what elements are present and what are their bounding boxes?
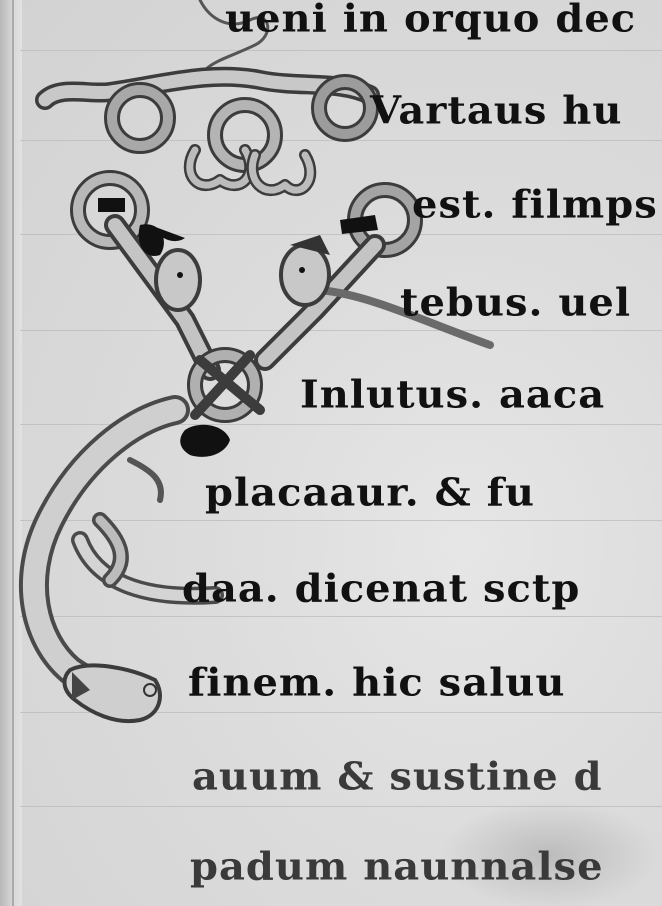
interlace-loop <box>195 355 255 415</box>
interlace-band <box>45 77 370 100</box>
interlace-loop <box>215 105 275 165</box>
dragon-leg <box>100 520 121 580</box>
text-line: est. filmps <box>412 182 658 227</box>
ink-blot <box>98 198 125 212</box>
text-line: padum naunnalse <box>190 844 604 889</box>
manuscript-page: ueni in orquo dec Vartaus hu est. filmps… <box>0 0 662 906</box>
dragon-body <box>34 410 175 694</box>
text-line: finem. hic saluu <box>188 660 565 705</box>
text-line: ueni in orquo dec <box>225 0 636 41</box>
ruling-line <box>20 712 662 713</box>
ruling-line <box>20 50 662 51</box>
ruling-line <box>20 234 662 235</box>
interlace-loop <box>78 178 142 242</box>
text-line: Inlutus. aaca <box>300 372 605 417</box>
ruling-line <box>20 424 662 425</box>
gutter-edge <box>12 0 14 906</box>
binding-gutter <box>0 0 22 906</box>
trefoil-knot <box>190 150 250 185</box>
interlace-loop <box>112 90 168 146</box>
dragon-claw <box>130 460 161 500</box>
ruling-line <box>20 616 662 617</box>
interlace-loop <box>355 190 415 250</box>
ruling-line <box>20 140 662 141</box>
ink-blot <box>180 425 230 457</box>
interlace-loop <box>319 82 371 134</box>
beast-neck-right <box>265 245 375 360</box>
text-line: placaaur. & fu <box>205 470 535 515</box>
text-line: Vartaus hu <box>370 88 622 133</box>
beast-neck-left <box>115 225 210 370</box>
ink-blot <box>139 224 164 256</box>
ink-blot <box>340 215 378 234</box>
trefoil-knot <box>252 155 310 190</box>
ruling-line <box>20 520 662 521</box>
text-line: tebus. uel <box>400 280 631 325</box>
ruling-line <box>20 330 662 331</box>
text-line: auum & sustine d <box>192 754 603 799</box>
beast-head-left <box>150 225 200 310</box>
beast-head-right <box>281 235 330 305</box>
text-line: daa. dicenat sctp <box>182 566 580 611</box>
